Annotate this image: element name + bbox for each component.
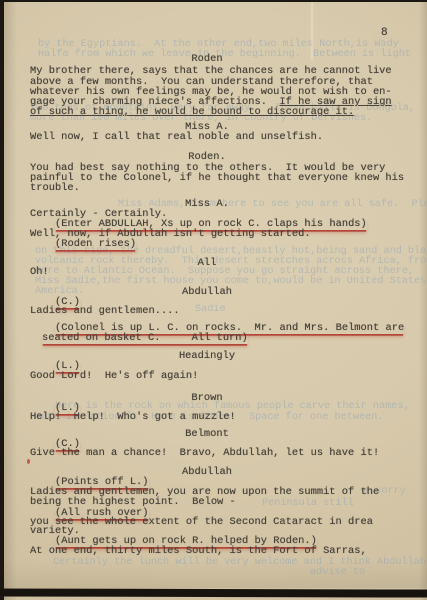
character-heading: Roden. [0, 152, 414, 162]
ghost-text-line: advise to [310, 568, 365, 578]
dialogue-line: At one end, thirty miles South, is the F… [30, 546, 367, 556]
text-segment: painful to the Colonel, if he thought th… [30, 172, 404, 184]
text-segment: Good Lord! He's off again! [30, 370, 198, 382]
page-number: 8 [381, 27, 388, 39]
text-segment: Abdullah [182, 286, 232, 298]
text-segment: Roden [191, 53, 222, 65]
text-segment: Belmont [185, 428, 229, 440]
dialogue-line: painful to the Colonel, if he thought th… [30, 173, 404, 183]
ghost-text-line: Peninsula still [262, 499, 354, 509]
stage-direction: seated on basket C. All turn) [42, 333, 248, 343]
scanned-script-page: by the Egyptians. At the other end,two m… [0, 0, 427, 600]
text-segment: Miss A. [185, 198, 229, 210]
dialogue-line: of such a thing, he would be bound to di… [30, 107, 354, 117]
ghost-text-line: Certainly the lunch will be very welcome… [53, 558, 427, 568]
scan-edge-bottom [0, 588, 427, 597]
paper-shading-left [3, 0, 17, 600]
text-segment: Abdullah [182, 466, 232, 478]
text-segment: Well now, I call that real noble and uns… [30, 131, 323, 143]
dialogue-line: Ladies and gentlemen.... [30, 306, 180, 316]
character-heading: Roden [0, 54, 414, 64]
red-ink-speck [27, 459, 30, 464]
dialogue-line: Well now, I call that real noble and uns… [30, 132, 323, 142]
text-segment: Headingly [179, 350, 235, 362]
text-segment: (Roden rises) [55, 238, 136, 250]
dialogue-line: trouble. [30, 183, 80, 193]
character-heading: All [0, 258, 414, 268]
dialogue-line: being the highest point. Below - [30, 497, 236, 507]
text-segment: of such a thing, he would be bound to di… [30, 106, 354, 118]
dialogue-line: Oh! [30, 267, 49, 277]
text-segment: Give the man a chance! Bravo, Abdullah, … [30, 447, 379, 459]
ghost-text-line: Sadie [195, 305, 226, 315]
text-segment: At one end, thirty miles South, is the F… [30, 545, 367, 557]
text-segment: All [198, 257, 217, 269]
text-segment: Brown [191, 392, 222, 404]
dialogue-line: Good Lord! He's off again! [30, 371, 198, 381]
text-segment: seated on basket C. All turn) [42, 332, 248, 344]
text-segment: Oh! [30, 266, 49, 278]
text-segment: you see the whole extent of the Second C… [30, 516, 373, 528]
dialogue-line: you see the whole extent of the Second C… [30, 517, 373, 527]
text-segment: Help! Help! Who's got a muzzle! [30, 411, 236, 423]
stage-direction: (Roden rises) [55, 239, 136, 249]
text-segment: Ladies and gentlemen.... [30, 305, 180, 317]
paper-crease [311, 2, 313, 60]
text-segment: trouble. [30, 182, 80, 194]
scan-edge-top [0, 0, 427, 2]
paper-shading-right [419, 0, 427, 600]
scan-edge-left [0, 0, 4, 600]
dialogue-line: Help! Help! Who's got a muzzle! [30, 412, 236, 422]
dialogue-line: My brother there, says that the chances … [30, 66, 392, 76]
dialogue-line: Give the man a chance! Bravo, Abdullah, … [30, 448, 379, 458]
